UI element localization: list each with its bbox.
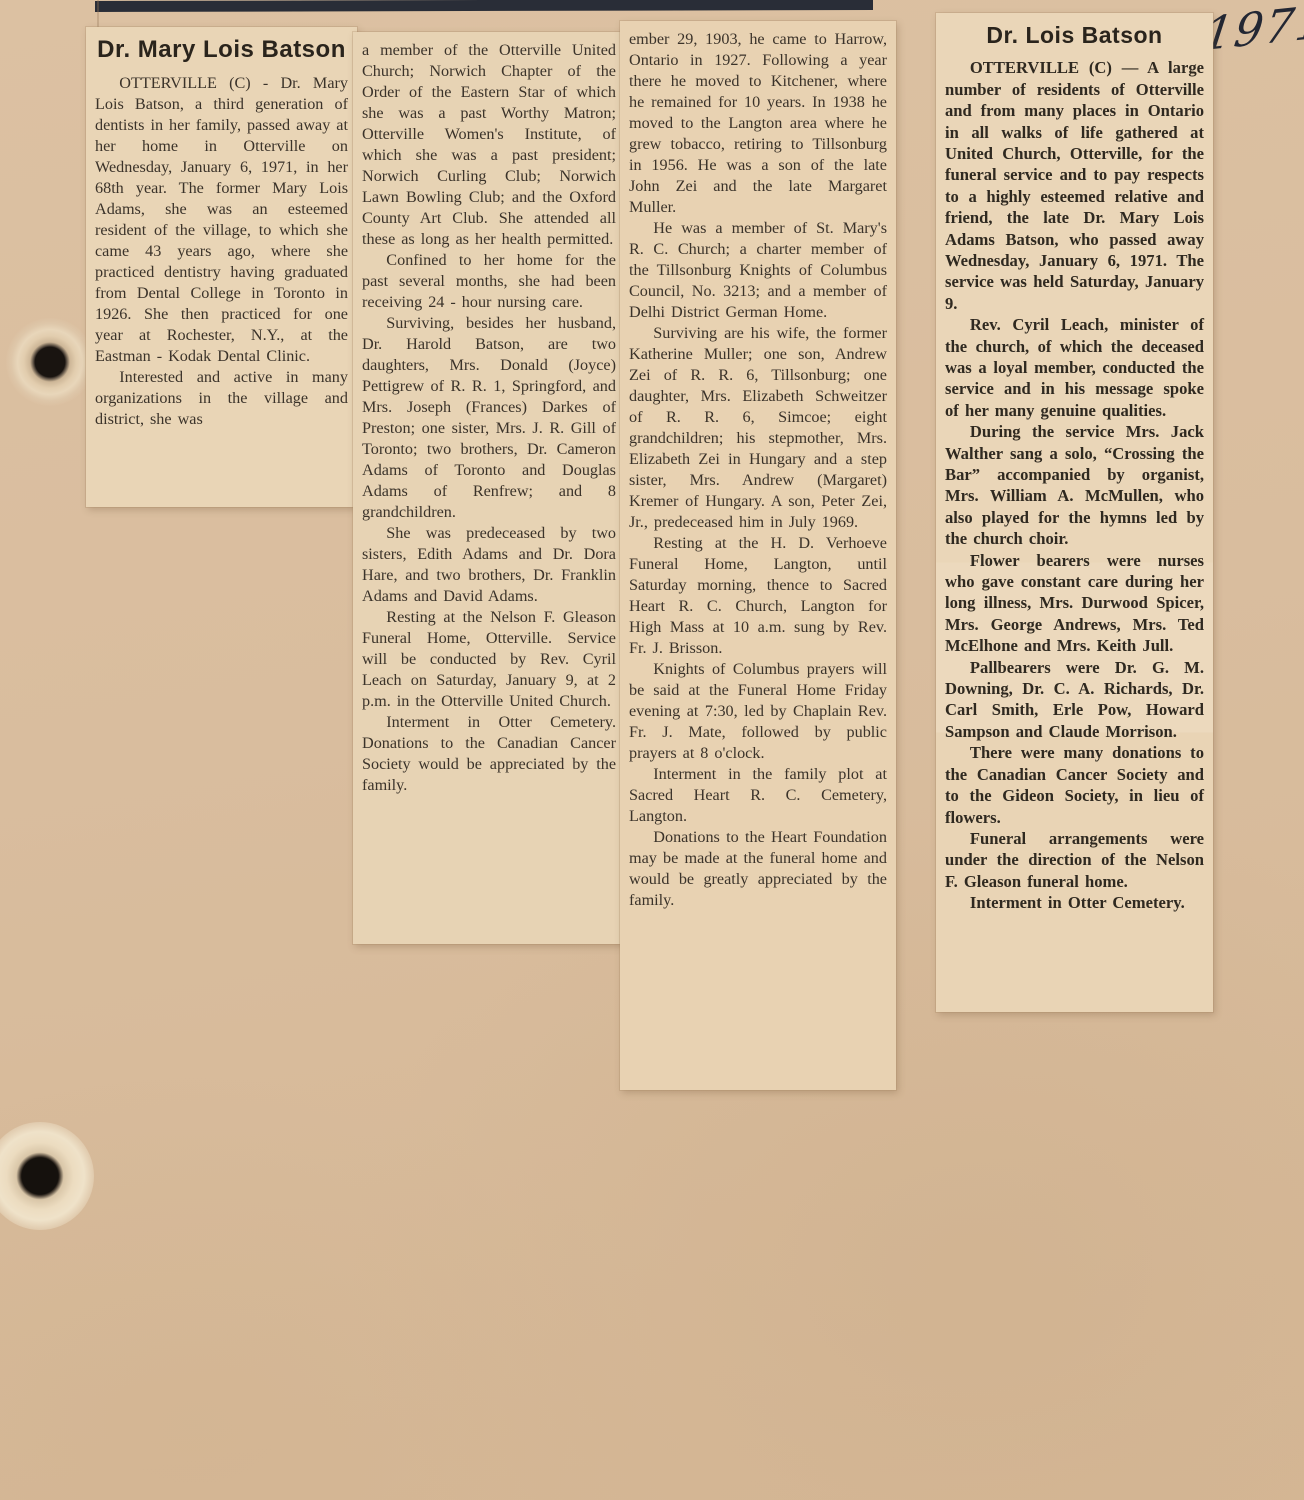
article-paragraph: Resting at the Nelson F. Gleason Funeral… bbox=[362, 607, 616, 712]
hole-punch-top bbox=[6, 318, 94, 406]
scrapbook-page: 1971 Dr. Mary Lois Batson OTTERVILLE (C)… bbox=[0, 0, 1304, 1500]
article-paragraph: Interment in the family plot at Sacred H… bbox=[629, 764, 887, 827]
article-paragraph: Interested and active in many organizati… bbox=[95, 367, 348, 430]
headline-dr-lois-batson: Dr. Lois Batson bbox=[945, 23, 1204, 48]
article-paragraph: Resting at the H. D. Verhoeve Funeral Ho… bbox=[629, 533, 887, 659]
article-paragraph: Pallbearers were Dr. G. M. Downing, Dr. … bbox=[945, 657, 1204, 743]
article-paragraph: Interment in Otter Cemetery. bbox=[945, 892, 1204, 913]
article-paragraph: OTTERVILLE (C) - Dr. Mary Lois Batson, a… bbox=[95, 73, 348, 367]
clipping-dr-lois-batson: Dr. Lois Batson OTTERVILLE (C) — A large… bbox=[936, 13, 1213, 1012]
handwritten-year: 1971 bbox=[1201, 0, 1304, 61]
article-paragraph: During the service Mrs. Jack Walther san… bbox=[945, 421, 1204, 549]
article-paragraph: Surviving are his wife, the former Kathe… bbox=[629, 323, 887, 533]
clipping-mary-lois-batson-col1: Dr. Mary Lois Batson OTTERVILLE (C) - Dr… bbox=[86, 27, 357, 507]
article-paragraph: She was predeceased by two sisters, Edit… bbox=[362, 523, 616, 607]
clipping-zei-obituary-continuation: ember 29, 1903, he came to Harrow, Ontar… bbox=[620, 21, 896, 1090]
article-paragraph: ember 29, 1903, he came to Harrow, Ontar… bbox=[629, 29, 887, 218]
hole-punch-bottom bbox=[0, 1122, 94, 1230]
article-paragraph: a member of the Otterville United Church… bbox=[362, 40, 616, 250]
article-paragraph: Interment in Otter Cemetery. Donations t… bbox=[362, 712, 616, 796]
article-paragraph: Donations to the Heart Foundation may be… bbox=[629, 827, 887, 911]
article-paragraph: He was a member of St. Mary's R. C. Chur… bbox=[629, 218, 887, 323]
article-paragraph: Flower bearers were nurses who gave cons… bbox=[945, 550, 1204, 657]
article-paragraph: Confined to her home for the past severa… bbox=[362, 250, 616, 313]
article-paragraph: There were many donations to the Canadia… bbox=[945, 742, 1204, 828]
article-paragraph: Surviving, besides her husband, Dr. Haro… bbox=[362, 313, 616, 523]
article-paragraph: OTTERVILLE (C) — A large number of resid… bbox=[945, 57, 1204, 314]
clipping-mary-lois-batson-col2: a member of the Otterville United Church… bbox=[353, 32, 625, 944]
photo-mount-edge bbox=[95, 0, 873, 12]
article-paragraph: Knights of Columbus prayers will be said… bbox=[629, 659, 887, 764]
article-paragraph: Funeral arrangements were under the dire… bbox=[945, 828, 1204, 892]
article-paragraph: Rev. Cyril Leach, minister of the church… bbox=[945, 314, 1204, 421]
headline-dr-mary-lois-batson: Dr. Mary Lois Batson bbox=[95, 37, 348, 63]
